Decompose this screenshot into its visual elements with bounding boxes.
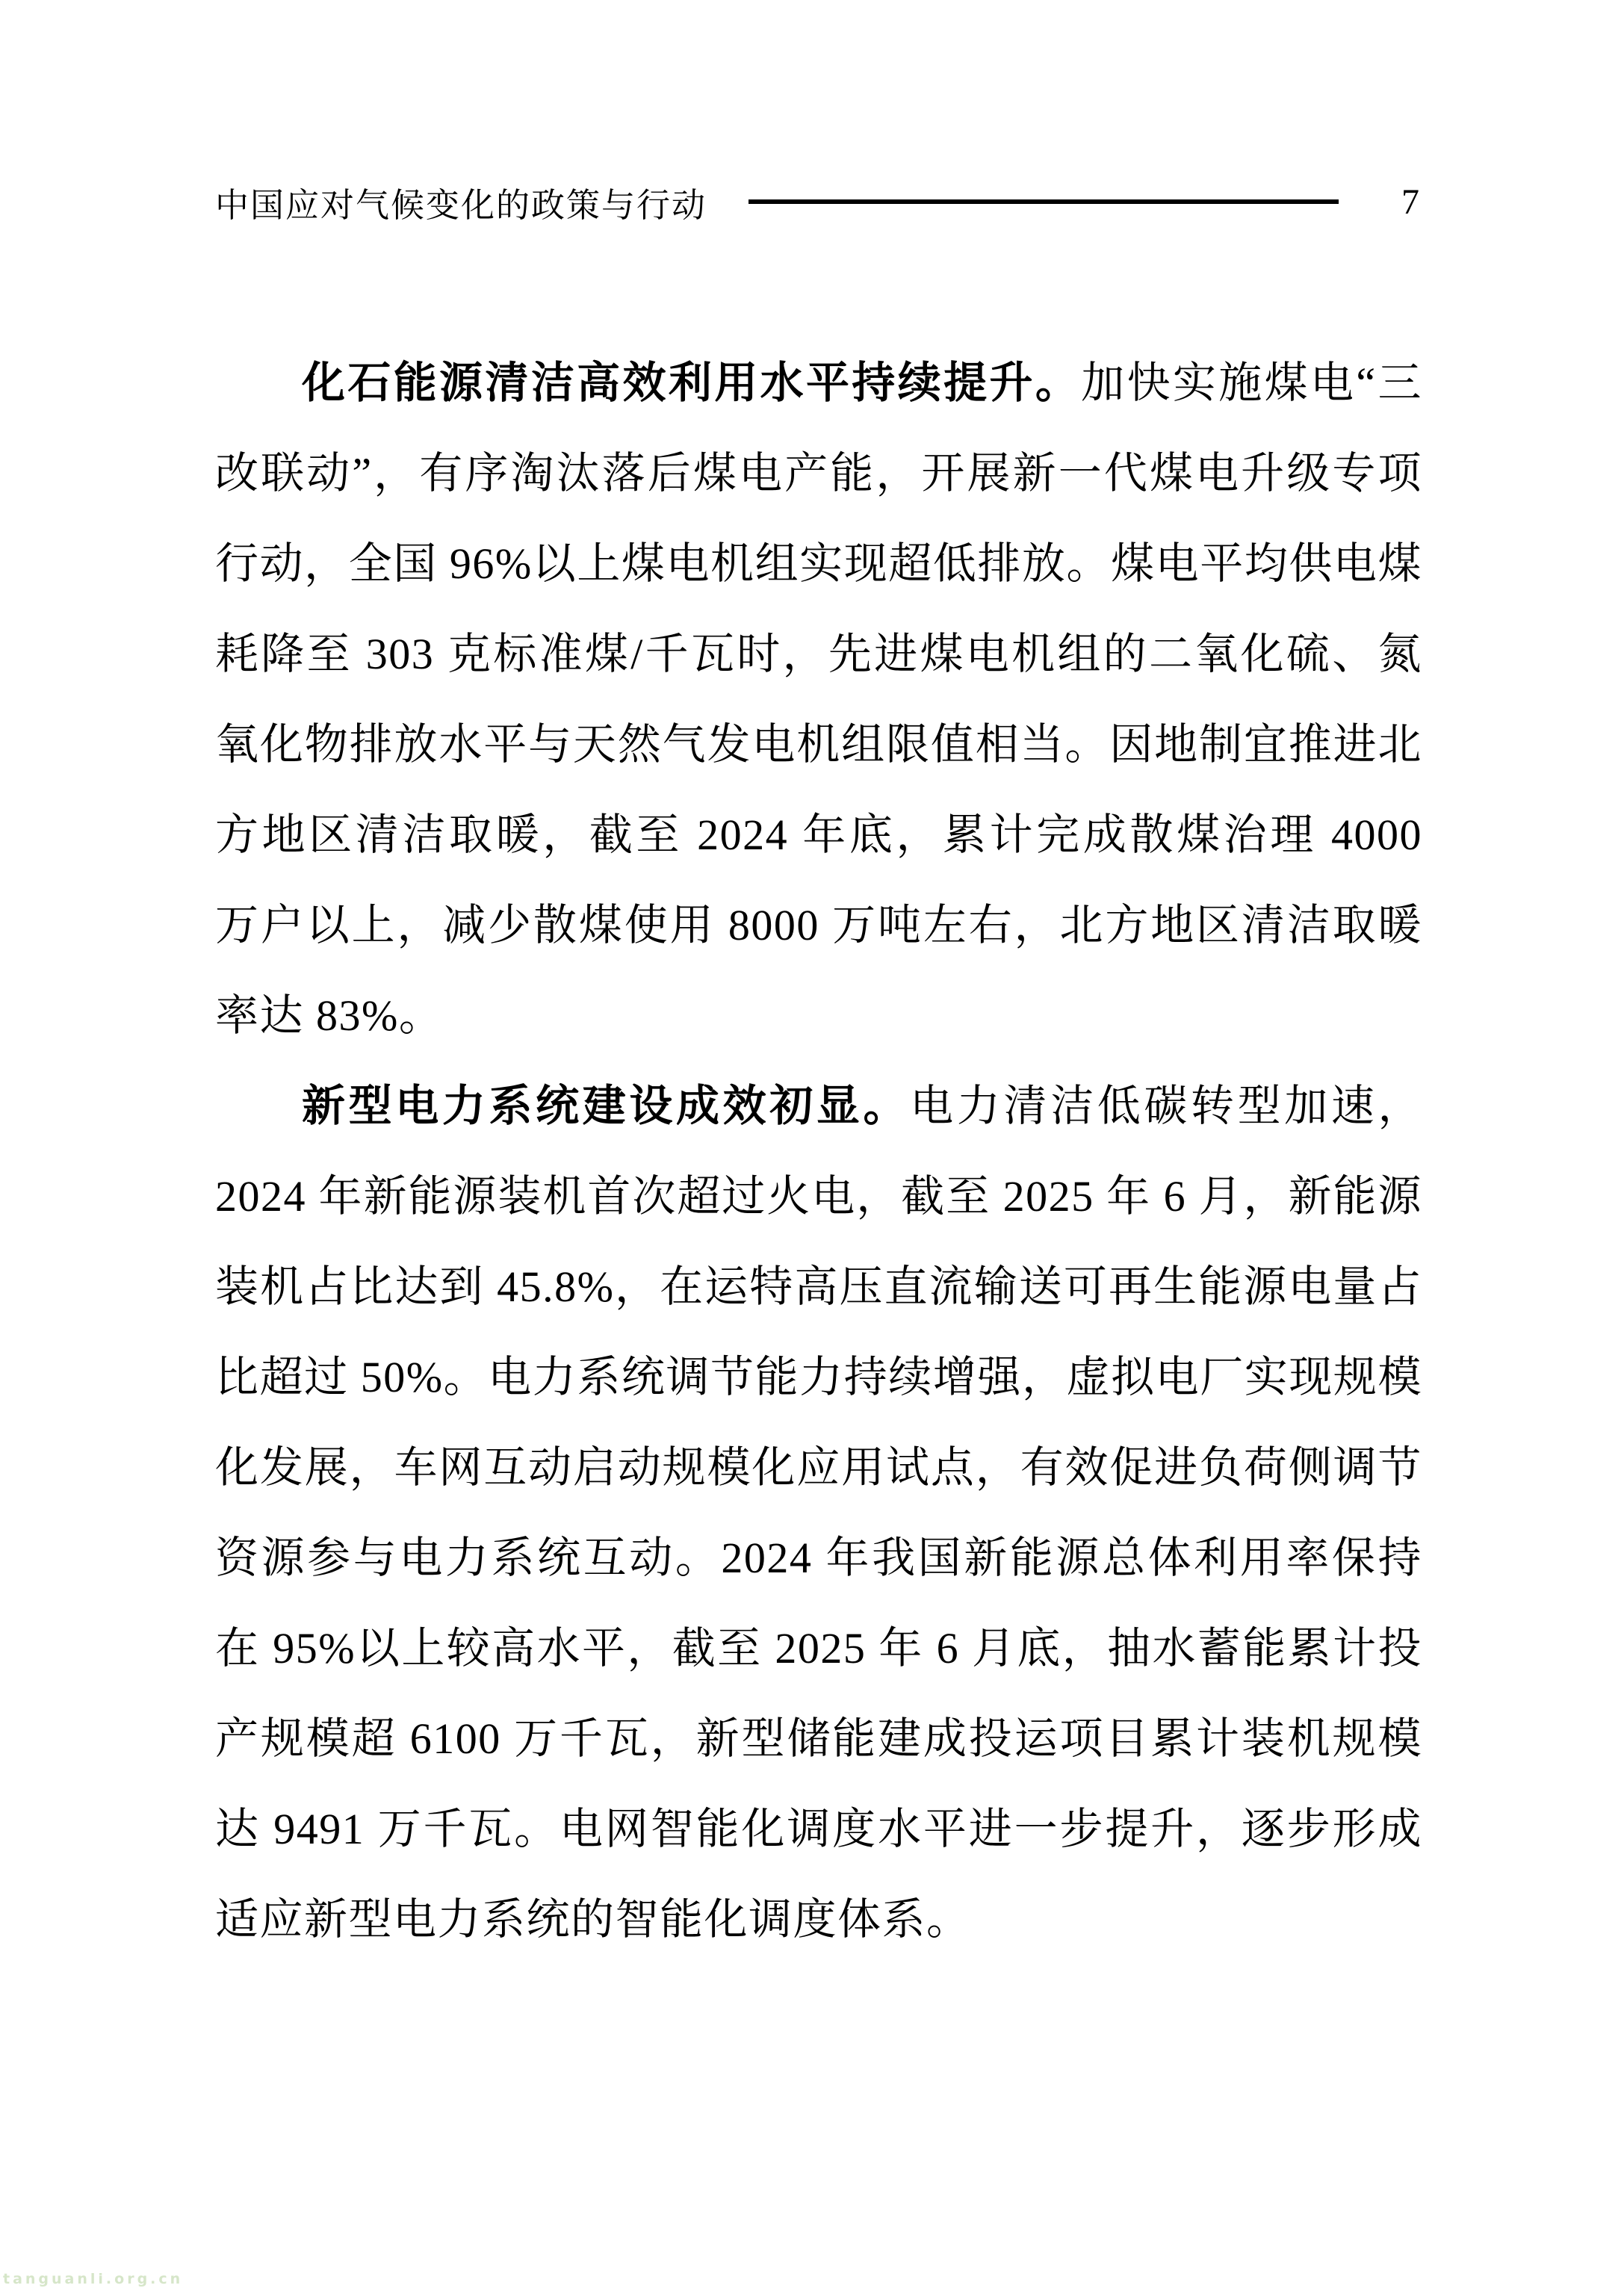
header-title: 中国应对气候变化的政策与行动 (215, 178, 707, 226)
paragraph-lead-sentence: 新型电力系统建设成效初显。 (302, 1082, 910, 1130)
page-header: 中国应对气候变化的政策与行动 7 (215, 179, 1427, 224)
site-watermark: tanguanli.org.cn (3, 2271, 183, 2287)
paragraph-fossil-energy: 化石能源清洁高效利用水平持续提升。加快实施煤电“三改联动”，有序淘汰落后煤电产能… (215, 338, 1422, 1061)
paragraph-body-text: 电力清洁低碳转型加速，2024 年新能源装机首次超过火电，截至 2025 年 6… (215, 1082, 1422, 1944)
header-rule-line (749, 199, 1339, 204)
paragraph-body-text: 加快实施煤电“三改联动”，有序淘汰落后煤电产能，开展新一代煤电升级专项行动，全国… (215, 359, 1422, 1040)
page-number: 7 (1401, 182, 1427, 223)
document-body: 化石能源清洁高效利用水平持续提升。加快实施煤电“三改联动”，有序淘汰落后煤电产能… (215, 338, 1422, 1965)
paragraph-lead-sentence: 化石能源清洁高效利用水平持续提升。 (302, 359, 1081, 407)
paragraph-new-power-system: 新型电力系统建设成效初显。电力清洁低碳转型加速，2024 年新能源装机首次超过火… (215, 1061, 1422, 1965)
document-page: 中国应对气候变化的政策与行动 7 化石能源清洁高效利用水平持续提升。加快实施煤电… (0, 0, 1624, 2294)
